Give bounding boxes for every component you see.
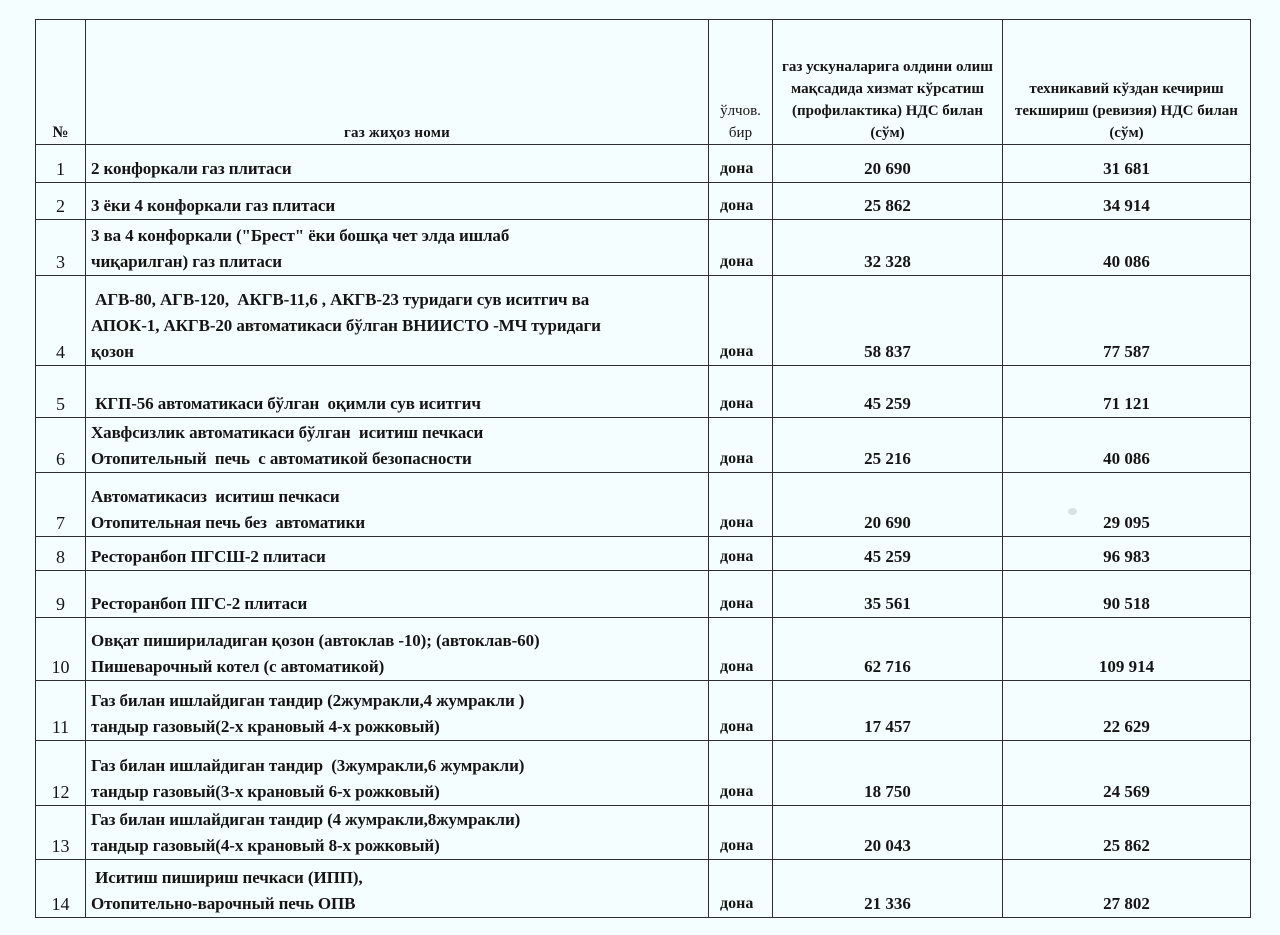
equipment-name: Овқат пишириладиган қозон (автоклав -10)…	[86, 618, 709, 681]
row-number: 3	[36, 220, 86, 276]
equipment-name-line: КГП-56 автоматикаси бўлган оқимли сув ис…	[91, 391, 708, 417]
prophylaxis-price: 20 690	[773, 473, 1003, 537]
revision-price: 25 862	[1003, 806, 1251, 860]
prophylaxis-price: 32 328	[773, 220, 1003, 276]
revision-price: 29 095	[1003, 473, 1251, 537]
equipment-name: Газ билан ишлайдиган тандир (3жумракли,6…	[86, 741, 709, 806]
scan-artifact	[1068, 508, 1077, 515]
row-number: 13	[36, 806, 86, 860]
header-revision-price: техникавий кўздан кечириш текшириш (реви…	[1003, 20, 1251, 145]
equipment-name-line: тандыр газовый(2-х крановый 4-х рожковый…	[91, 714, 708, 740]
table-row: 14 Иситиш пишириш печкаси (ИПП),Отопител…	[36, 860, 1251, 918]
table-row: 12 конфоркали газ плитасидона20 69031 68…	[36, 145, 1251, 183]
equipment-name-line: Овқат пишириладиган қозон (автоклав -10)…	[91, 628, 708, 654]
table-row: 23 ёки 4 конфоркали газ плитасидона25 86…	[36, 183, 1251, 220]
revision-price: 96 983	[1003, 537, 1251, 571]
header-equipment-name: газ жиҳоз номи	[86, 20, 709, 145]
equipment-name-line: 3 ёки 4 конфоркали газ плитаси	[91, 193, 708, 219]
equipment-name-line: Газ билан ишлайдиган тандир (4 жумракли,…	[91, 807, 708, 833]
prophylaxis-price: 62 716	[773, 618, 1003, 681]
equipment-name-line: Ресторанбоп ПГСШ-2 плитаси	[91, 544, 708, 570]
unit-of-measure: дона	[709, 276, 773, 366]
equipment-name-line: Ресторанбоп ПГС-2 плитаси	[91, 591, 708, 617]
prophylaxis-price: 20 690	[773, 145, 1003, 183]
table-row: 9Ресторанбоп ПГС-2 плитасидона35 56190 5…	[36, 571, 1251, 618]
unit-of-measure: дона	[709, 681, 773, 741]
prophylaxis-price: 20 043	[773, 806, 1003, 860]
revision-price: 22 629	[1003, 681, 1251, 741]
row-number: 5	[36, 366, 86, 418]
table-row: 13Газ билан ишлайдиган тандир (4 жумракл…	[36, 806, 1251, 860]
unit-of-measure: дона	[709, 537, 773, 571]
table-row: 8Ресторанбоп ПГСШ-2 плитасидона45 25996 …	[36, 537, 1251, 571]
equipment-name-line: АПОК-1, АКГВ-20 автоматикаси бўлган ВНИИ…	[91, 313, 708, 339]
row-number: 1	[36, 145, 86, 183]
equipment-name: Автоматикасиз иситиш печкасиОтопительная…	[86, 473, 709, 537]
equipment-name: Хавфсизлик автоматикаси бўлган иситиш пе…	[86, 418, 709, 473]
table-row: 12Газ билан ишлайдиган тандир (3жумракли…	[36, 741, 1251, 806]
unit-of-measure: дона	[709, 860, 773, 918]
table-header-row: № газ жиҳоз номи ўлчов. бир газ ускунала…	[36, 20, 1251, 145]
equipment-name: КГП-56 автоматикаси бўлган оқимли сув ис…	[86, 366, 709, 418]
table-row: 33 ва 4 конфоркали ("Брест" ёки бошқа че…	[36, 220, 1251, 276]
row-number: 7	[36, 473, 86, 537]
revision-price: 24 569	[1003, 741, 1251, 806]
table-row: 10Овқат пишириладиган қозон (автоклав -1…	[36, 618, 1251, 681]
equipment-name: АГВ-80, АГВ-120, АКГВ-11,6 , АКГВ-23 тур…	[86, 276, 709, 366]
equipment-name-line: чиқарилган) газ плитаси	[91, 249, 708, 275]
row-number: 11	[36, 681, 86, 741]
unit-of-measure: дона	[709, 145, 773, 183]
unit-of-measure: дона	[709, 183, 773, 220]
equipment-name-line: қозон	[91, 339, 708, 365]
equipment-name-line: Газ билан ишлайдиган тандир (2жумракли,4…	[91, 688, 708, 714]
prophylaxis-price: 35 561	[773, 571, 1003, 618]
prophylaxis-price: 25 862	[773, 183, 1003, 220]
unit-of-measure: дона	[709, 806, 773, 860]
scanned-document: № газ жиҳоз номи ўлчов. бир газ ускунала…	[0, 0, 1280, 935]
equipment-name-line: АГВ-80, АГВ-120, АКГВ-11,6 , АКГВ-23 тур…	[91, 287, 708, 313]
row-number: 6	[36, 418, 86, 473]
row-number: 14	[36, 860, 86, 918]
equipment-name: Газ билан ишлайдиган тандир (2жумракли,4…	[86, 681, 709, 741]
equipment-name-line: тандыр газовый(3-х крановый 6-х рожковый…	[91, 779, 708, 805]
unit-of-measure: дона	[709, 366, 773, 418]
unit-of-measure: дона	[709, 418, 773, 473]
row-number: 4	[36, 276, 86, 366]
table-row: 6Хавфсизлик автоматикаси бўлган иситиш п…	[36, 418, 1251, 473]
prophylaxis-price: 58 837	[773, 276, 1003, 366]
prophylaxis-price: 21 336	[773, 860, 1003, 918]
unit-of-measure: дона	[709, 473, 773, 537]
row-number: 10	[36, 618, 86, 681]
equipment-name-line: Газ билан ишлайдиган тандир (3жумракли,6…	[91, 753, 708, 779]
unit-of-measure: дона	[709, 571, 773, 618]
equipment-name-line: 3 ва 4 конфоркали ("Брест" ёки бошқа чет…	[91, 223, 708, 249]
prophylaxis-price: 25 216	[773, 418, 1003, 473]
header-unit: ўлчов. бир	[709, 20, 773, 145]
equipment-name-line: Пишеварочный котел (с автоматикой)	[91, 654, 708, 680]
equipment-name-line: тандыр газовый(4-х крановый 8-х рожковый…	[91, 833, 708, 859]
equipment-name: Ресторанбоп ПГС-2 плитаси	[86, 571, 709, 618]
revision-price: 109 914	[1003, 618, 1251, 681]
equipment-name: 2 конфоркали газ плитаси	[86, 145, 709, 183]
row-number: 2	[36, 183, 86, 220]
equipment-name-line: Хавфсизлик автоматикаси бўлган иситиш пе…	[91, 420, 708, 446]
equipment-name-line: Отопительный печь с автоматикой безопасн…	[91, 446, 708, 472]
row-number: 9	[36, 571, 86, 618]
row-number: 12	[36, 741, 86, 806]
equipment-name-line: Автоматикасиз иситиш печкаси	[91, 484, 708, 510]
unit-of-measure: дона	[709, 741, 773, 806]
prophylaxis-price: 45 259	[773, 366, 1003, 418]
prophylaxis-price: 45 259	[773, 537, 1003, 571]
table-row: 7Автоматикасиз иситиш печкасиОтопительна…	[36, 473, 1251, 537]
equipment-name-line: 2 конфоркали газ плитаси	[91, 156, 708, 182]
equipment-name: Ресторанбоп ПГСШ-2 плитаси	[86, 537, 709, 571]
header-number: №	[36, 20, 86, 145]
unit-of-measure: дона	[709, 618, 773, 681]
revision-price: 71 121	[1003, 366, 1251, 418]
equipment-name: 3 ёки 4 конфоркали газ плитаси	[86, 183, 709, 220]
equipment-name-line: Иситиш пишириш печкаси (ИПП),	[91, 865, 708, 891]
revision-price: 40 086	[1003, 418, 1251, 473]
revision-price: 27 802	[1003, 860, 1251, 918]
equipment-name: Газ билан ишлайдиган тандир (4 жумракли,…	[86, 806, 709, 860]
table-row: 11Газ билан ишлайдиган тандир (2жумракли…	[36, 681, 1251, 741]
revision-price: 90 518	[1003, 571, 1251, 618]
equipment-name-line: Отопительно-варочный печь ОПВ	[91, 891, 708, 917]
header-prophylaxis-price: газ ускуналарига олдини олиш мақсадида х…	[773, 20, 1003, 145]
equipment-name: 3 ва 4 конфоркали ("Брест" ёки бошқа чет…	[86, 220, 709, 276]
gas-equipment-price-table: № газ жиҳоз номи ўлчов. бир газ ускунала…	[35, 19, 1251, 918]
equipment-name: Иситиш пишириш печкаси (ИПП),Отопительно…	[86, 860, 709, 918]
revision-price: 40 086	[1003, 220, 1251, 276]
revision-price: 31 681	[1003, 145, 1251, 183]
row-number: 8	[36, 537, 86, 571]
equipment-name-line: Отопительная печь без автоматики	[91, 510, 708, 536]
table-row: 5 КГП-56 автоматикаси бўлган оқимли сув …	[36, 366, 1251, 418]
revision-price: 34 914	[1003, 183, 1251, 220]
unit-of-measure: дона	[709, 220, 773, 276]
prophylaxis-price: 18 750	[773, 741, 1003, 806]
revision-price: 77 587	[1003, 276, 1251, 366]
prophylaxis-price: 17 457	[773, 681, 1003, 741]
table-row: 4 АГВ-80, АГВ-120, АКГВ-11,6 , АКГВ-23 т…	[36, 276, 1251, 366]
